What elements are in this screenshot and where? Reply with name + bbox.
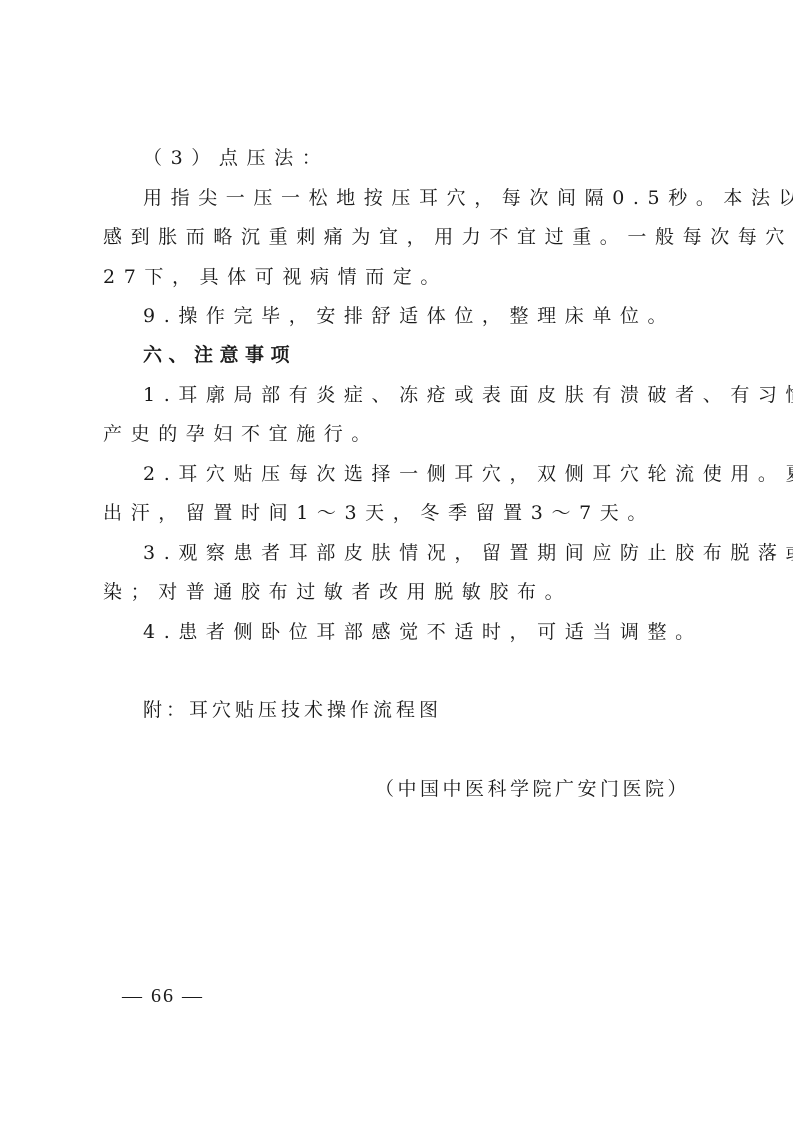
document-page: （3）点压法： 用指尖一压一松地按压耳穴，每次间隔0.5秒。本法以患者 感到胀而…	[0, 0, 793, 1122]
paragraph-line: 27下，具体可视病情而定。	[103, 265, 703, 289]
appendix-note: 附：耳穴贴压技术操作流程图	[143, 698, 743, 722]
precaution-1-cont: 产史的孕妇不宜施行。	[103, 422, 703, 446]
precaution-2-cont: 出汗，留置时间1～3天，冬季留置3～7天。	[103, 501, 703, 525]
step-9: 9.操作完毕，安排舒适体位，整理床单位。	[143, 304, 743, 328]
precaution-1: 1.耳廓局部有炎症、冻疮或表面皮肤有溃破者、有习惯性流	[143, 383, 743, 407]
paragraph-line: 感到胀而略沉重刺痛为宜，用力不宜过重。一般每次每穴可按压	[103, 225, 703, 249]
section-heading-precautions: 六、注意事项	[143, 343, 743, 367]
precaution-3: 3.观察患者耳部皮肤情况，留置期间应防止胶布脱落或污	[143, 541, 743, 565]
page-number: — 66 —	[122, 985, 204, 1008]
precaution-3-cont: 染；对普通胶布过敏者改用脱敏胶布。	[103, 580, 703, 604]
precaution-2: 2.耳穴贴压每次选择一侧耳穴，双侧耳穴轮流使用。夏季易	[143, 462, 743, 486]
precaution-4: 4.患者侧卧位耳部感觉不适时，可适当调整。	[143, 620, 743, 644]
source-attribution: （中国中医科学院广安门医院）	[375, 777, 690, 801]
paragraph-line: 用指尖一压一松地按压耳穴，每次间隔0.5秒。本法以患者	[143, 186, 743, 210]
subsection-heading-point-press: （3）点压法：	[143, 146, 743, 170]
